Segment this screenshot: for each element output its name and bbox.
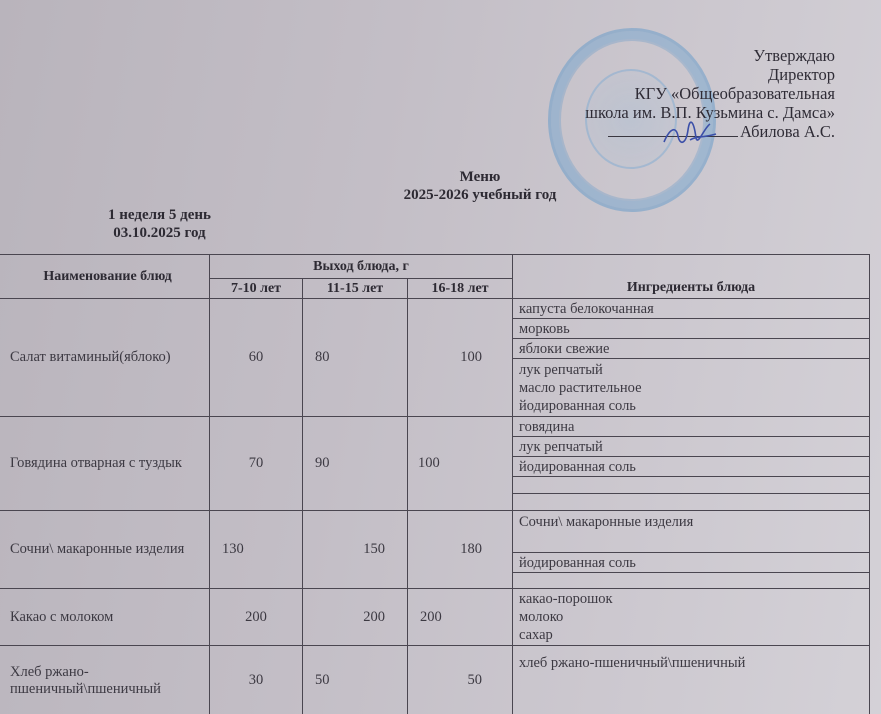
ingredient: Сочни\ макаронные изделия xyxy=(513,511,870,553)
header-age-11-15: 11-15 лет xyxy=(303,279,408,299)
ingredient: говядина xyxy=(513,417,870,437)
dish-output-16-18: 50 xyxy=(408,646,513,714)
school-year: 2025-2026 учебный год xyxy=(330,186,630,204)
signer-name: Абилова А.С. xyxy=(740,122,835,141)
dish-output-11-15: 80 xyxy=(303,299,408,417)
ingredient-empty xyxy=(513,573,870,589)
dish-output-7-10: 30 xyxy=(210,646,303,714)
dish-output-11-15: 90 xyxy=(303,417,408,511)
table-row: Сочни\ макаронные изделия 130 150 180 Со… xyxy=(0,511,870,553)
dish-name: Говядина отварная с туздык xyxy=(0,417,210,511)
ingredient: яблоки свежие xyxy=(513,339,870,359)
week-day: 1 неделя 5 день xyxy=(108,206,211,224)
approval-line-position: Директор xyxy=(585,65,835,84)
menu-title-block: Меню 2025-2026 учебный год xyxy=(330,168,630,204)
ingredient: лук репчатый xyxy=(513,437,870,457)
menu-table: Наименование блюд Выход блюда, г Ингреди… xyxy=(0,254,870,714)
header-age-16-18: 16-18 лет xyxy=(408,279,513,299)
header-ingredients: Ингредиенты блюда xyxy=(513,255,870,299)
header-dish-name: Наименование блюд xyxy=(0,255,210,299)
dish-output-7-10: 130 xyxy=(210,511,303,589)
approval-line-approve: Утверждаю xyxy=(585,46,835,65)
header-age-7-10: 7-10 лет xyxy=(210,279,303,299)
ingredient: йодированная соль xyxy=(513,553,870,573)
dish-output-7-10: 60 xyxy=(210,299,303,417)
dish-output-16-18: 100 xyxy=(408,417,513,511)
dish-output-7-10: 70 xyxy=(210,417,303,511)
approval-line-org: КГУ «Общеобразовательная xyxy=(585,84,835,103)
dish-name: Какао с молоком xyxy=(0,589,210,646)
dish-output-7-10: 200 xyxy=(210,589,303,646)
dish-output-16-18: 100 xyxy=(408,299,513,417)
menu-title: Меню xyxy=(330,168,630,186)
ingredient-empty xyxy=(513,494,870,511)
dish-output-11-15: 50 xyxy=(303,646,408,714)
menu-date: 03.10.2025 год xyxy=(108,224,211,242)
ingredient: какао-порошок молоко сахар xyxy=(513,589,870,646)
ingredient: лук репчатый масло растительное йодирова… xyxy=(513,359,870,417)
dish-output-16-18: 180 xyxy=(408,511,513,589)
dish-name: Салат витаминый(яблоко) xyxy=(0,299,210,417)
ingredient: хлеб ржано-пшеничный\пшеничный xyxy=(513,646,870,714)
ingredient: морковь xyxy=(513,319,870,339)
dish-name: Хлеб ржано-пшеничный\пшеничный xyxy=(0,646,210,714)
dish-name: Сочни\ макаронные изделия xyxy=(0,511,210,589)
day-block: 1 неделя 5 день 03.10.2025 год xyxy=(108,206,211,242)
table-row: Говядина отварная с туздык 70 90 100 гов… xyxy=(0,417,870,437)
header-output: Выход блюда, г xyxy=(210,255,513,279)
ingredient: йодированная соль xyxy=(513,457,870,477)
signature-icon xyxy=(660,118,720,148)
table-row: Салат витаминый(яблоко) 60 80 100 капуст… xyxy=(0,299,870,319)
ingredient: капуста белокочанная xyxy=(513,299,870,319)
ingredient-empty xyxy=(513,477,870,494)
table-row: Какао с молоком 200 200 200 какао-порошо… xyxy=(0,589,870,646)
table-row: Хлеб ржано-пшеничный\пшеничный 30 50 50 … xyxy=(0,646,870,714)
dish-output-11-15: 200 xyxy=(303,589,408,646)
dish-output-11-15: 150 xyxy=(303,511,408,589)
dish-output-16-18: 200 xyxy=(408,589,513,646)
